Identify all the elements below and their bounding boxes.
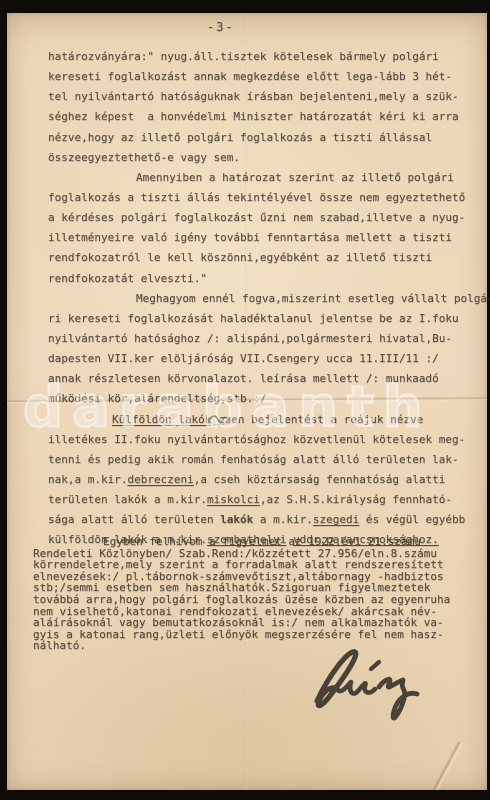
text-segment: rendfokozatról le kell köszönni,egyébkén… — [48, 251, 432, 264]
typewritten-line: dapesten VII.ker elöljáróság VII.Csenger… — [48, 351, 478, 371]
text-segment: debreczeni — [127, 473, 193, 486]
typewritten-line: sága alatt álló területen lakók a m.kir.… — [48, 512, 478, 532]
typewritten-line: tel nyilvántartó hatóságuknak írásban be… — [48, 89, 478, 109]
document-page: -3- darabanth határozványára:" nyug.áll.… — [7, 13, 487, 790]
text-segment: nálható. — [33, 639, 86, 652]
text-segment: Amennyiben a határozat szerint az illető… — [136, 171, 454, 184]
text-segment: foglalkozás a tiszti állás tekintélyével… — [48, 191, 465, 204]
handwritten-annotation-icon — [205, 412, 233, 428]
text-segment: összeegyeztethető-e vagy sem. — [48, 151, 240, 164]
document-body: határozványára:" nyug.áll.tisztek kötele… — [48, 49, 478, 553]
typewritten-line: összeegyeztethető-e vagy sem. — [48, 150, 478, 170]
typewritten-line: működési kör,alárendeltség,stb.:/ — [48, 391, 478, 411]
typewritten-line: séghez képest a honvédelmi Miniszter hat… — [48, 109, 478, 129]
text-segment: határozványára:" nyug.áll.tisztek kötele… — [48, 50, 439, 63]
typewritten-line: Meghagyom ennél fogva,miszerint esetleg … — [48, 291, 478, 311]
text-segment: sága alatt álló területen — [48, 513, 220, 526]
typewritten-line: nak,a m.kir.debreczeni,a cseh köztársasá… — [48, 472, 478, 492]
typewritten-line: foglalkozás a tiszti állás tekintélyével… — [48, 190, 478, 210]
text-segment: kereseti foglalkozást annak megkezdése e… — [48, 70, 452, 83]
text-segment: szegedi — [313, 513, 359, 526]
text-segment: a kérdéses polgári foglalkozást űzni nem… — [48, 211, 465, 224]
text-segment: tenni és pedig akik román fenhatóság ala… — [48, 453, 459, 466]
typewritten-line: a kérdéses polgári foglalkozást űzni nem… — [48, 210, 478, 230]
typewritten-line: nyilvántartó hatósághoz /: alispáni,polg… — [48, 331, 478, 351]
typewritten-line: rendfokozatát elveszti." — [48, 271, 478, 291]
typewritten-line: annak részletesen körvonalazot. leírása … — [48, 371, 478, 391]
text-segment: ,a cseh köztársaság fennhatóság alatti — [194, 473, 446, 486]
typewritten-line: rendfokozatról le kell köszönni,egyébkén… — [48, 250, 478, 270]
signature — [303, 639, 453, 731]
text-segment: ,az S.H.S.királyság fennható- — [260, 493, 452, 506]
text-segment: ezen bejelentést a reájuk nézve — [211, 413, 423, 426]
text-segment: a m.kir. — [253, 513, 313, 526]
text-segment: tel nyilvántartó hatóságuknak írásban be… — [48, 90, 459, 103]
typewritten-line: nézve,hogy az illető polgári foglalkozás… — [48, 130, 478, 150]
corner-crease — [407, 742, 487, 790]
typewritten-line: ri kereseti foglalkozását haladéktalanul… — [48, 311, 478, 331]
text-segment: nyilvántartó hatósághoz /: alispáni,polg… — [48, 332, 452, 345]
page-number: -3- — [207, 20, 235, 34]
typewritten-line: tenni és pedig akik román fenhatóság ala… — [48, 452, 478, 472]
text-segment: dapesten VII.ker elöljáróság VII.Csenger… — [48, 352, 439, 365]
text-segment: működési kör,alárendeltség,stb.:/ — [48, 392, 267, 405]
typewritten-line: kereseti foglalkozást annak megkezdése e… — [48, 69, 478, 89]
typewritten-line: illetékes II.foku nyilvántartósághoz köz… — [48, 432, 478, 452]
text-segment: illetményeire való igény további fenntar… — [48, 231, 452, 244]
typewritten-line: határozványára:" nyug.áll.tisztek kötele… — [48, 49, 478, 69]
text-segment: Meghagyom ennél fogva,miszerint esetleg … — [136, 292, 490, 305]
typewritten-line: Amennyiben a határozat szerint az illető… — [48, 170, 478, 190]
text-segment: rendfokozatát elveszti." — [48, 272, 207, 285]
document-footer: Egyben felhívom a figyelmet az 1922.évi … — [33, 536, 473, 652]
typewritten-line: területen lakók a m.kir.miskolci,az S.H.… — [48, 492, 478, 512]
text-segment: Külföldön lakók — [112, 413, 211, 426]
text-segment: nak,a m.kir. — [48, 473, 127, 486]
scan-background: { "page": { "number": "-3-", "watermark"… — [0, 0, 490, 800]
text-segment: annak részletesen körvonalazot. leírása … — [48, 372, 439, 385]
text-segment: lakók — [220, 513, 253, 526]
text-segment: illetékes II.foku nyilvántartósághoz köz… — [48, 433, 465, 446]
text-segment: és végül egyébb — [359, 513, 465, 526]
text-segment: területen lakók a m.kir. — [48, 493, 207, 506]
text-segment: nézve,hogy az illető polgári foglalkozás… — [48, 131, 432, 144]
typewritten-line: illetményeire való igény további fenntar… — [48, 230, 478, 250]
typewritten-line: Külföldön lakók ezen bejelentést a reáju… — [48, 412, 478, 432]
text-segment: séghez képest a honvédelmi Miniszter hat… — [48, 110, 459, 123]
text-segment: ri kereseti foglalkozását haladéktalanul… — [48, 312, 459, 325]
text-segment: miskolci — [207, 493, 260, 506]
